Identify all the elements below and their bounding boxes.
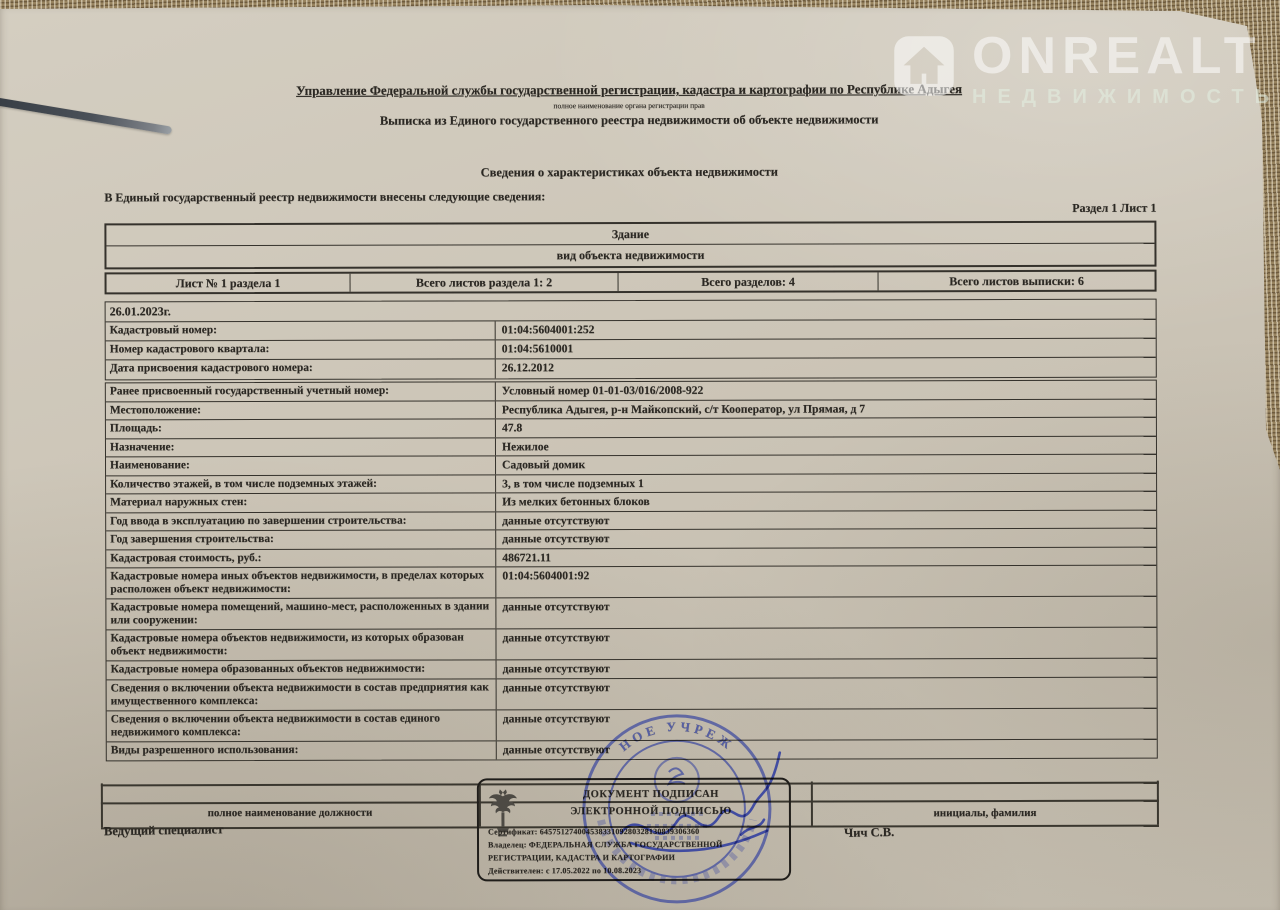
row-value: 01:04:5604001:92: [496, 566, 1156, 598]
signature-divider: [101, 783, 103, 827]
section-sheet-label: Раздел 1 Лист 1: [104, 201, 1156, 219]
authority-name: Управление Федеральной службы государств…: [104, 81, 1154, 100]
row-value: 3, в том числе подземных 1: [496, 473, 1156, 492]
row-value: данные отсутствуют: [496, 597, 1156, 629]
row-label: Местоположение:: [106, 401, 496, 420]
row-value: данные отсутствуют: [496, 529, 1156, 548]
sheet-info-cell: Всего разделов: 4: [619, 272, 879, 291]
name-value: Чич С.В.: [844, 825, 894, 841]
row-value: 47.8: [496, 418, 1156, 437]
row-label: Количество этажей, в том числе подземных…: [106, 475, 496, 494]
row-value: Из мелких бетонных блоков: [496, 492, 1156, 511]
row-label: Год завершения строительства:: [106, 530, 496, 549]
sheet-info-cell: Лист № 1 раздела 1: [107, 274, 351, 293]
row-label: Кадастровые номера объектов недвижимости…: [106, 629, 496, 660]
row-label: Материал наружных стен:: [106, 493, 496, 512]
row-label: Ранее присвоенный государственный учетны…: [106, 382, 496, 401]
position-caption: полное наименование должности: [101, 806, 479, 819]
row-value: Садовый домик: [496, 455, 1156, 474]
row-label: Дата присвоения кадастрового номера:: [106, 359, 496, 379]
row-label: Кадастровые номера образованных объектов…: [107, 660, 497, 679]
row-label: Кадастровая стоимость, руб.:: [106, 549, 496, 568]
object-kind-caption: вид объекта недвижимости: [106, 244, 1154, 268]
document-content: Управление Федеральной службы государств…: [0, 0, 1280, 910]
row-value: данные отсутствуют: [496, 628, 1156, 660]
sheet-info-cell: Всего листов раздела 1: 2: [351, 273, 619, 292]
row-label: Площадь:: [106, 419, 496, 438]
row-label: Номер кадастрового квартала:: [106, 340, 496, 359]
table-row: Кадастровые номера объектов недвижимости…: [106, 628, 1156, 662]
row-value: 26.12.2012: [496, 358, 1156, 379]
table-row: Дата присвоения кадастрового номера: 26.…: [106, 358, 1156, 380]
row-value: Условный номер 01-01-03/016/2008-922: [496, 381, 1156, 400]
row-value: данные отсутствуют: [497, 659, 1157, 678]
object-kind-value: Здание: [106, 223, 1154, 247]
row-label: Виды разрешенного использования:: [107, 741, 497, 761]
table-row: Кадастровые номера помещений, машино-мес…: [106, 597, 1156, 631]
row-value: данные отсутствуют: [496, 510, 1156, 529]
table-row: Кадастровые номера иных объектов недвижи…: [106, 566, 1156, 600]
handwritten-signature: [601, 735, 801, 866]
date-note: 26.01.2023г.: [106, 300, 1156, 323]
row-value: Нежилое: [496, 436, 1156, 455]
cadastre-rows: Кадастровый номер: 01:04:5604001:252 Ном…: [106, 320, 1156, 380]
row-label: Наименование:: [106, 456, 496, 475]
row-value: 486721.11: [496, 547, 1156, 566]
photo-of-document: Управление Федеральной службы государств…: [0, 0, 1280, 910]
row-value: Республика Адыгея, р-н Майкопский, с/т К…: [496, 399, 1156, 418]
sheet-info-table: Лист № 1 раздела 1Всего листов раздела 1…: [105, 270, 1157, 295]
document-title: Выписка из Единого государственного реес…: [104, 112, 1154, 130]
authority-note: полное наименование органа регистрации п…: [104, 100, 1154, 112]
row-label: Назначение:: [106, 438, 496, 457]
row-label: Кадастровый номер:: [106, 321, 496, 340]
object-kind-table: Здание вид объекта недвижимости: [104, 221, 1156, 270]
cadastre-table: 26.01.2023г. Кадастровый номер: 01:04:56…: [105, 299, 1157, 381]
row-label: Кадастровые номера иных объектов недвижи…: [106, 567, 496, 598]
row-label: Сведения о включении объекта недвижимост…: [107, 710, 497, 741]
sheet-info-cell: Всего листов выписки: 6: [879, 272, 1155, 291]
row-label: Кадастровые номера помещений, машино-мес…: [106, 598, 496, 629]
position-value: Ведущий специалист: [104, 822, 224, 839]
name-caption: инициалы, фамилия: [811, 807, 1159, 820]
section-title: Сведения о характеристиках объекта недви…: [104, 164, 1154, 182]
row-value: 01:04:5610001: [496, 339, 1156, 359]
row-label: Сведения о включении объекта недвижимост…: [107, 679, 497, 710]
row-value: 01:04:5604001:252: [496, 320, 1156, 340]
row-label: Год ввода в эксплуатацию по завершении с…: [106, 512, 496, 531]
